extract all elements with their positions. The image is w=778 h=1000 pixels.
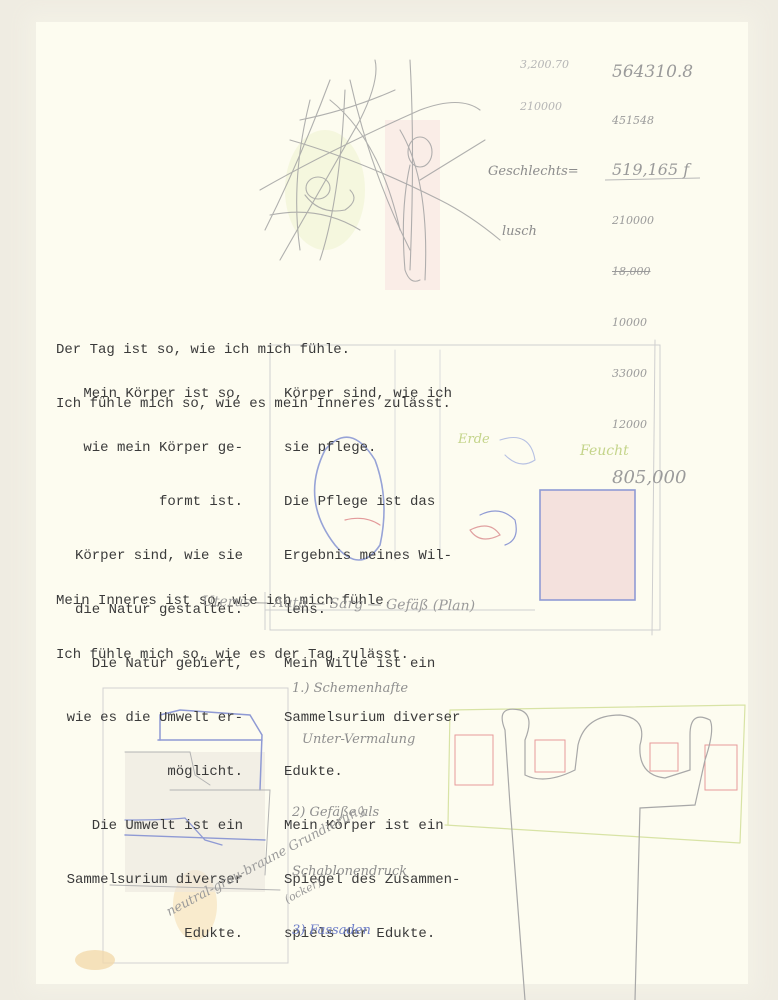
calc-line: 33000 [612, 365, 693, 382]
poem-line: formt ist. [56, 493, 243, 511]
poem-line: möglicht. [56, 763, 243, 781]
calc-line: 210000 [612, 212, 693, 229]
calc-line: 519,165 f [612, 161, 693, 178]
poem-line: Körper sind, wie ich [284, 385, 460, 403]
sketch-label: Geschlechts= lusch [488, 122, 579, 262]
calc-total: 805,000 [612, 469, 693, 486]
poem-line: Mein Körper ist so, [56, 385, 243, 403]
calc-small: 3,200.70 210000 [520, 30, 569, 128]
calc-line: 18,000 [612, 263, 693, 280]
plan-item: 1.) Schemenhafte [292, 680, 415, 697]
calc-line: 10000 [612, 314, 693, 331]
poem-line: sie pflege. [284, 439, 460, 457]
label-line: lusch [488, 222, 579, 242]
poem-line: Die Pflege ist das [284, 493, 460, 511]
label-erde: Erde [458, 432, 490, 447]
calc-line: 12000 [612, 416, 693, 433]
plan-item: 3) Fassaden [292, 922, 415, 939]
poem-line: wie mein Körper ge- [56, 439, 243, 457]
calc-line: 3,200.70 [520, 58, 569, 72]
poem-line: Die Umwelt ist ein [56, 817, 243, 835]
label-line: Geschlechts= [488, 162, 579, 182]
calc-line: 210000 [520, 100, 569, 114]
calc-line: 564310.8 [612, 64, 693, 81]
plan-item: Unter-Vermalung [292, 731, 415, 748]
poem-line: wie es die Umwelt er- [56, 709, 243, 727]
label-feucht: Feucht [580, 443, 629, 459]
calc-line: 451548 [612, 115, 693, 127]
calc-column: 564310.8 451548 519,165 f 210000 18,000 … [612, 30, 693, 503]
